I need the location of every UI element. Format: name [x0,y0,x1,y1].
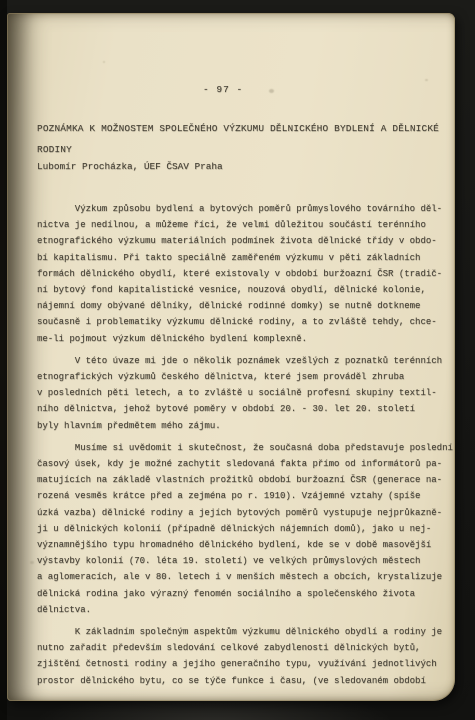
article-title: POZNÁMKA K MOŽNOSTEM SPOLEČNÉHO VÝZKUMU … [37,118,439,160]
paragraph-2: V této úvaze mi jde o několik poznámek v… [37,353,449,434]
book-binding-edge [0,0,7,720]
page-number: - 97 - [203,84,243,95]
paper-speckle [103,61,105,63]
book-page: - 97 - POZNÁMKA K MOŽNOSTEM SPOLEČNÉHO V… [7,13,455,701]
paragraph-3: Musíme si uvědomit i skutečnost, že souč… [37,440,449,618]
paragraph-1: Výzkum způsobu bydlení a bytových poměrů… [37,201,449,347]
paper-speckle [30,561,34,564]
author-line: Lubomír Procházka, ÚEF ČSAV Praha [37,161,223,172]
article-body: Výzkum způsobu bydlení a bytových poměrů… [37,201,449,695]
paragraph-4: K základním společným aspektům výzkumu d… [37,624,449,689]
paper-speckle [269,89,274,93]
paper-speckle [403,649,406,651]
paper-speckle [425,79,428,81]
scanned-book-photo: - 97 - POZNÁMKA K MOŽNOSTEM SPOLEČNÉHO V… [0,0,475,720]
